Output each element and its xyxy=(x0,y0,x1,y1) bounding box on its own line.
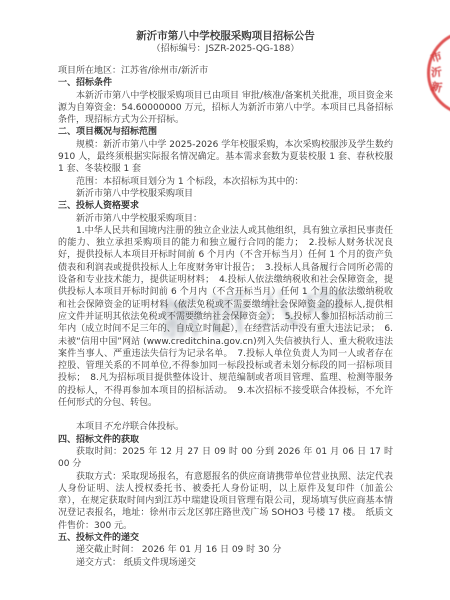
project-location-line: 项目所在地区：江苏省/徐州市/新沂市 xyxy=(58,65,393,77)
note-suffix: 联合体投标。 xyxy=(130,422,184,432)
note-prefix: 本项目 xyxy=(76,422,103,432)
page-title: 新沂市第八中学校服采购项目招标公告 xyxy=(58,30,393,43)
paragraph: 1.中华人民共和国境内注册的独立企业法人或其他组织，具有独立承担民事责任的能力、… xyxy=(58,225,393,409)
section-bid-submission: 五、投标文件的递交 递交截止时间： 2026 年 01 月 16 日 09 时 … xyxy=(58,532,393,569)
section-heading: 一、招标条件 xyxy=(58,77,393,89)
paragraph: 范围：本招标项目划分为 1 个标段，本次招标为其中的： xyxy=(58,176,393,188)
bid-number-line: （招标编号：JSZR-2025-QG-188） xyxy=(58,43,393,56)
section-heading: 三、投标人资格要求 xyxy=(58,200,393,212)
document-content: 新沂市第八中学校服采购项目招标公告 （招标编号：JSZR-2025-QG-188… xyxy=(0,0,450,569)
paragraph: 获取方式：采取现场报名，有意愿报名的供应商请携带单位营业执照、法定代表人身份证明… xyxy=(58,471,393,532)
section-bid-conditions: 一、招标条件 本新沂市第八中学校服采购项目已由项目 审批/核准/备案机关批准，项… xyxy=(58,77,393,126)
paragraph: 本新沂市第八中学校服采购项目已由项目 审批/核准/备案机关批准，项目资金来源为自… xyxy=(58,90,393,127)
section-document-acquisition: 四、招标文件的获取 获取时间：2025 年 12 月 27 日 09 时 00 … xyxy=(58,434,393,532)
section-project-overview: 二、项目概况与招标范围 规模：新沂市第八中学 2025-2026 学年校服采购，… xyxy=(58,126,393,200)
paragraph: 获取时间：2025 年 12 月 27 日 09 时 00 分到 2026 年 … xyxy=(58,446,393,471)
paragraph: 递交方式： 纸质文件现场递交 xyxy=(58,557,393,569)
section-heading: 五、投标文件的递交 xyxy=(58,532,393,544)
note-italic-text: 不允许 xyxy=(103,422,130,432)
section-heading: 二、项目概况与招标范围 xyxy=(58,126,393,138)
document-page: 新沂八中 市 沂 新 新沂市第八中学校服采购项目招标公告 （招标编号：JSZR-… xyxy=(0,0,450,600)
paragraph: 新沂市第八中学校服采购项目： xyxy=(58,213,393,225)
paragraph: 新沂市第八中学校服采购项目 xyxy=(58,188,393,200)
section-bidder-qualifications: 三、投标人资格要求 新沂市第八中学校服采购项目： 1.中华人民共和国境内注册的独… xyxy=(58,200,393,433)
paragraph: 递交截止时间： 2026 年 01 月 16 日 09 时 30 分 xyxy=(58,544,393,556)
paragraph: 规模：新沂市第八中学 2025-2026 学年校服采购，本次采购校服涉及学生数约… xyxy=(58,139,393,176)
no-consortium-note: 本项目不允许联合体投标。 xyxy=(58,421,393,433)
section-heading: 四、招标文件的获取 xyxy=(58,434,393,446)
